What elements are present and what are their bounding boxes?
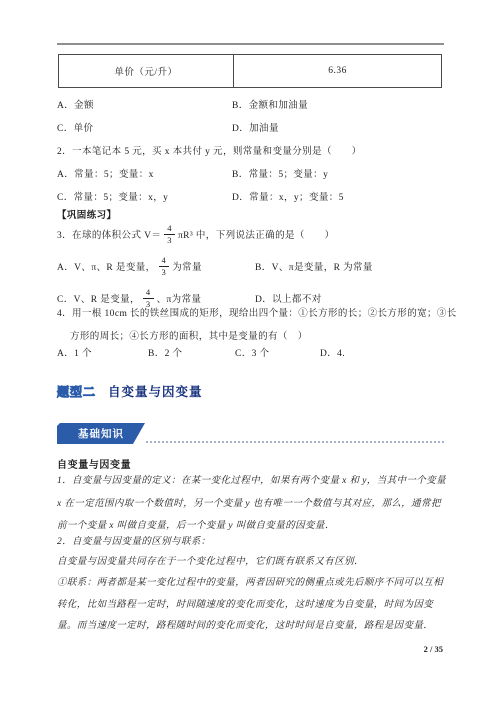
- q1-option-d: D．加油量: [232, 120, 445, 134]
- knowledge-paragraph-3: 自变量与因变量共同存在于一个变化过程中，它们既有联系又有区别．: [57, 551, 447, 574]
- q4-options-row: A．1 个 B．2 个 C．3 个 D．4.: [57, 345, 445, 359]
- practice-header: 【巩固练习】: [57, 207, 445, 221]
- header-divider: [57, 43, 444, 45]
- knowledge-dotted-rule: [146, 426, 444, 443]
- knowledge-tab: 基础知识: [57, 423, 145, 444]
- q1-table-value-cell: 6.36: [234, 55, 441, 87]
- q3-fraction: 4 3: [164, 224, 175, 245]
- q2-option-b: B．常量：5；变量：y: [232, 166, 445, 180]
- knowledge-paragraph-1: 1．自变量与因变量的定义：在某一变化过程中，如果有两个变量 x 和 y，当其中一…: [57, 470, 447, 538]
- q2-text: 2．一本笔记本 5 元，买 x 本共付 y 元，则常量和变量分别是（ ）: [57, 143, 445, 157]
- q3-fraction-numerator: 4: [164, 224, 175, 235]
- knowledge-heading: 自变量与因变量: [57, 456, 131, 471]
- q1-table-header-cell: 单价（元/升）: [59, 55, 234, 87]
- q4-option-c: C．3 个: [235, 345, 320, 359]
- q3-option-a: A．V、π、R 是变量， 4 3 为常量: [57, 250, 255, 282]
- q2-option-c: C．常量：5；变量：x，y: [57, 189, 232, 203]
- q3-option-a-frac-den: 3: [159, 267, 170, 277]
- q2-option-a: A．常量：5；变量：x: [57, 166, 232, 180]
- q4-text: 4．用一根 10cm 长的铁丝围成的矩形，现给出四个量：①长方形的长；②长方形的…: [57, 303, 458, 349]
- q4-option-a: A．1 个: [57, 345, 148, 359]
- q3-text-suffix: πR³ 中，下列说法正确的是（ ）: [178, 227, 335, 241]
- q1-table: 单价（元/升） 6.36: [58, 54, 442, 88]
- q1-option-c: C．单价: [57, 120, 232, 134]
- section-header: 题型二 自变量与因变量: [57, 382, 203, 400]
- q3-text: 3．在球的体积公式 V＝ 4 3 πR³ 中，下列说法正确的是（ ）: [57, 220, 445, 248]
- q3-option-a-suffix: 为常量: [172, 259, 202, 273]
- q4-option-b: B．2 个: [148, 345, 235, 359]
- section-type-badge: 题型二: [57, 383, 96, 400]
- q3-option-c-frac-num: 4: [143, 288, 154, 299]
- document-page: 单价（元/升） 6.36 A．金额 B．金额和加油量 C．单价 D．加油量 2．…: [0, 0, 500, 707]
- q3-option-a-frac-num: 4: [159, 256, 170, 267]
- q1-option-a: A．金额: [57, 97, 232, 111]
- knowledge-paragraph-4: ①联系：两者都是某一变化过程中的变量，两者因研究的侧重点或先后顺序不同可以互相转…: [57, 573, 447, 638]
- q1-options-row-1: A．金额 B．金额和加油量: [57, 97, 445, 111]
- q2-options-row-1: A．常量：5；变量：x B．常量：5；变量：y: [57, 166, 445, 180]
- q3-option-a-prefix: A．V、π、R 是变量，: [57, 259, 156, 273]
- section-title: 自变量与因变量: [108, 382, 203, 400]
- q3-text-prefix: 3．在球的体积公式 V＝: [57, 227, 161, 241]
- q3-options-row-1: A．V、π、R 是变量， 4 3 为常量 B．V、π是变量，R 为常量: [57, 250, 445, 282]
- q1-options-row-2: C．单价 D．加油量: [57, 120, 445, 134]
- q4-option-d: D．4.: [320, 345, 445, 359]
- page-number: 2 / 35: [424, 644, 443, 654]
- q2-option-d: D．常量：x，y；变量：5: [232, 189, 445, 203]
- q2-options-row-2: C．常量：5；变量：x，y D．常量：x，y；变量：5: [57, 189, 445, 203]
- q3-option-b: B．V、π是变量，R 为常量: [255, 250, 445, 282]
- q1-option-b: B．金额和加油量: [232, 97, 445, 111]
- q3-option-a-fraction: 4 3: [159, 256, 170, 277]
- q3-fraction-denominator: 3: [164, 235, 175, 245]
